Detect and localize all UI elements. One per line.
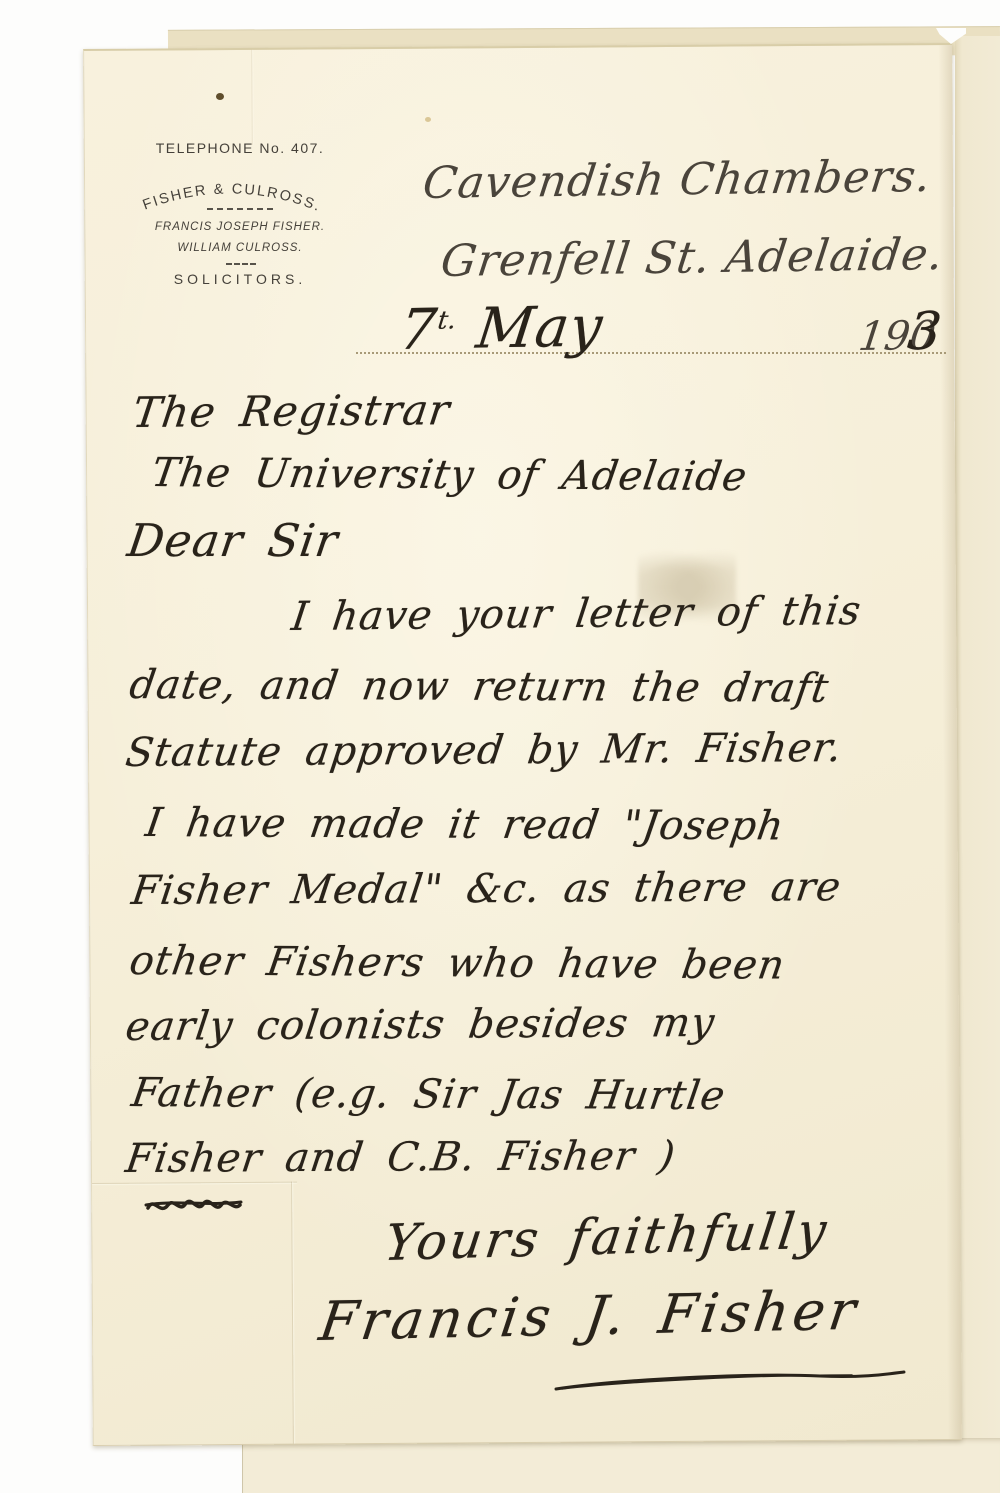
- svg-text:FISHER & CULROSS.: FISHER & CULROSS.: [141, 181, 324, 215]
- recipient-line-2: The University of Adelaide: [149, 450, 751, 500]
- foxing-spot: [425, 117, 431, 122]
- body-line: early colonists besides my: [123, 1000, 718, 1050]
- body-line: Statute approved by Mr. Fisher.: [123, 725, 845, 776]
- handwritten-date: 7t.May: [396, 294, 607, 363]
- letterhead-divider: [207, 208, 273, 210]
- scribbled-out-word-icon: [144, 1192, 244, 1222]
- signature-flourish: [552, 1368, 908, 1394]
- letterhead-address-line-2: Grenfell St. Adelaide.: [438, 229, 947, 287]
- body-line: date, and now return the draft: [127, 662, 832, 712]
- firm-name: FISHER & CULROSS.: [141, 181, 324, 215]
- fold-crease-vertical: [291, 1182, 294, 1444]
- letterhead-address-line-1: Cavendish Chambers.: [420, 151, 934, 209]
- signature: Francis J. Fisher: [316, 1279, 864, 1353]
- letterhead-divider: [226, 263, 256, 265]
- letterhead-partner-1: FRANCIS JOSEPH FISHER.: [140, 221, 340, 233]
- letterhead-firm-name-arc: FISHER & CULROSS.: [124, 170, 340, 226]
- scanned-letter-page: TELEPHONE No. 407. FISHER & CULROSS. FRA…: [0, 0, 1000, 1493]
- salutation: Dear Sir: [124, 514, 342, 567]
- date-month: May: [473, 294, 607, 361]
- body-line: Fisher and C.B. Fisher ): [123, 1133, 679, 1182]
- adjacent-page-right: [955, 36, 1000, 1493]
- date-day-suffix: t.: [436, 305, 458, 334]
- date-day: 7: [396, 297, 441, 363]
- recipient-line-1: The Registrar: [130, 385, 454, 437]
- body-line: Father (e.g. Sir Jas Hurtle: [129, 1070, 729, 1119]
- body-line: I have your letter of this: [289, 588, 864, 640]
- letterhead-partner-2: WILLIAM CULROSS.: [140, 242, 340, 254]
- handwritten-year-digit: 3: [905, 302, 945, 362]
- letterhead-telephone: TELEPHONE No. 407.: [150, 140, 330, 156]
- body-line: other Fishers who have been: [127, 938, 789, 989]
- adjacent-page-bottom: [242, 1438, 1000, 1493]
- body-line: I have made it read "Joseph: [143, 800, 788, 849]
- top-crease-vertical: [251, 50, 253, 145]
- letterhead-firm-type: SOLICITORS.: [140, 271, 340, 287]
- body-line: Fisher Medal" &c. as there are: [129, 864, 844, 914]
- foxing-spot: [216, 93, 224, 100]
